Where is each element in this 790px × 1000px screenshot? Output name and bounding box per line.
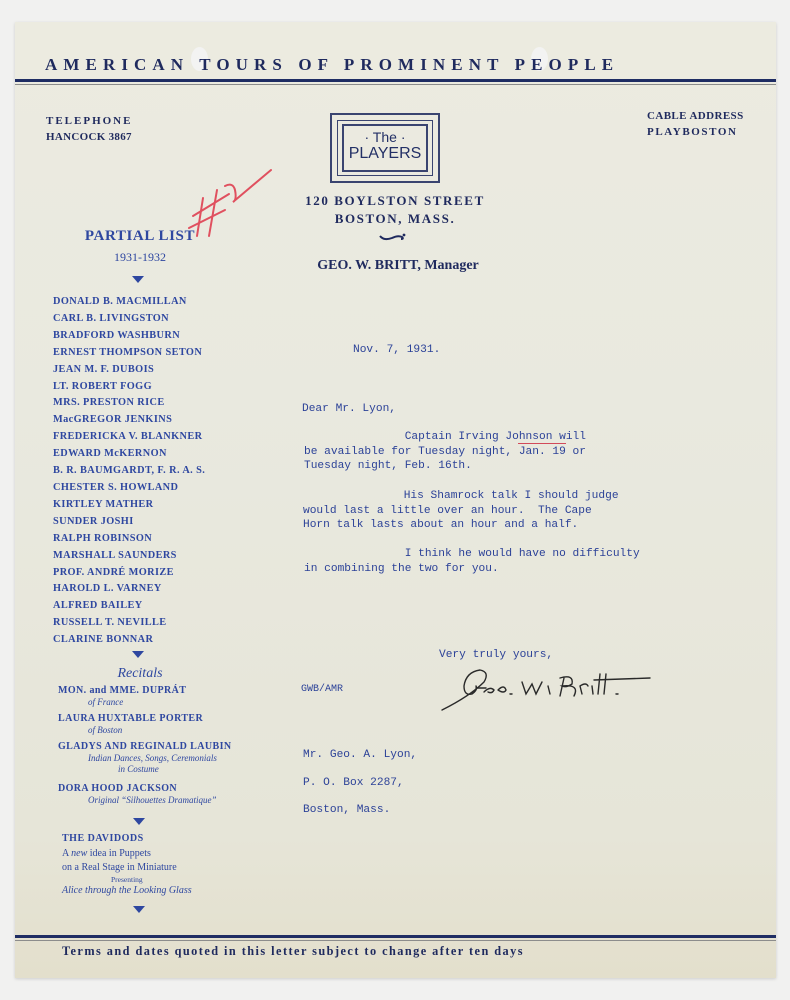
davidods-block: THE DAVIDODS A new idea in Puppets on a … <box>62 832 192 897</box>
speaker-list-item: MARSHALL SAUNDERS <box>53 548 205 565</box>
telephone-label: TELEPHONE <box>46 113 132 129</box>
davidods-line4: Alice through the Looking Glass <box>62 884 192 897</box>
recipient-box: P. O. Box 2287, <box>303 776 404 791</box>
players-logo: · The · PLAYERS <box>330 113 440 183</box>
header-thin-rule <box>15 84 776 85</box>
speaker-list-item: RUSSELL T. NEVILLE <box>53 615 205 632</box>
speaker-list-item: EDWARD McKERNON <box>53 446 205 463</box>
speaker-list-item: JEAN M. F. DUBOIS <box>53 362 205 379</box>
letter-salutation: Dear Mr. Lyon, <box>302 402 396 417</box>
davidods-line1: A new idea in Puppets <box>62 846 192 861</box>
speaker-list: DONALD B. MACMILLANCARL B. LIVINGSTONBRA… <box>53 294 205 649</box>
triangle-divider-icon <box>132 651 144 658</box>
cable-block: CABLE ADDRESS PLAYBOSTON <box>647 108 744 140</box>
footer-thin-rule <box>15 940 776 941</box>
recital-entry: LAURA HUXTABLE PORTERof Boston <box>58 712 203 736</box>
logo-players: PLAYERS <box>344 145 426 162</box>
cable-value: PLAYBOSTON <box>647 124 744 140</box>
telephone-value: HANCOCK 3867 <box>46 129 132 145</box>
speaker-list-item: B. R. BAUMGARDT, F. R. A. S. <box>53 463 205 480</box>
footer-rule <box>15 935 776 938</box>
speaker-list-item: PROF. ANDRÉ MORIZE <box>53 565 205 582</box>
partial-list-title: PARTIAL LIST <box>55 228 225 245</box>
manager-name: GEO. W. BRITT, Manager <box>288 258 508 274</box>
speaker-list-item: CLARINE BONNAR <box>53 632 205 649</box>
davidods-line3: Presenting <box>62 875 192 884</box>
header-rule <box>15 79 776 82</box>
speaker-list-item: CHESTER S. HOWLAND <box>53 480 205 497</box>
recipient-name: Mr. Geo. A. Lyon, <box>303 748 417 763</box>
cable-label: CABLE ADDRESS <box>647 108 744 124</box>
triangle-divider-icon <box>133 818 145 825</box>
letter-paragraph-2: His Shamrock talk I should judge would l… <box>303 489 619 533</box>
recital-entry: DORA HOOD JACKSONOriginal “Silhouettes D… <box>58 782 217 806</box>
telephone-block: TELEPHONE HANCOCK 3867 <box>46 113 132 145</box>
recitals-heading: Recitals <box>55 666 225 682</box>
speaker-list-item: ERNEST THOMPSON SETON <box>53 345 205 362</box>
davidods-line1-pre: A <box>62 848 71 859</box>
recital-name: GLADYS AND REGINALD LAUBIN <box>58 740 231 753</box>
red-underline-mark <box>518 443 566 444</box>
speaker-list-item: HAROLD L. VARNEY <box>53 581 205 598</box>
speaker-list-item: MacGREGOR JENKINS <box>53 412 205 429</box>
recital-name: MON. and MME. DUPRÁT <box>58 684 186 697</box>
recital-name: LAURA HUXTABLE PORTER <box>58 712 203 725</box>
letter-paragraph-1: Captain Irving Johnson will be available… <box>304 430 586 474</box>
davidods-line1-post: idea in Puppets <box>87 848 151 859</box>
letter-date: Nov. 7, 1931. <box>353 343 440 358</box>
address-street: 120 BOYLSTON STREET <box>285 193 505 209</box>
davidods-line1-emphasis: new <box>71 848 87 859</box>
speaker-list-item: LT. ROBERT FOGG <box>53 379 205 396</box>
speaker-list-item: SUNDER JOSHI <box>53 514 205 531</box>
recital-entry: GLADYS AND REGINALD LAUBINIndian Dances,… <box>58 740 231 775</box>
letter-paragraph-3: I think he would have no difficulty in c… <box>304 547 640 576</box>
typist-initials: GWB/AMR <box>301 683 343 698</box>
recital-subtitle: in Costume <box>58 764 231 775</box>
triangle-divider-icon <box>132 276 144 283</box>
terms-footer: Terms and dates quoted in this letter su… <box>62 944 742 959</box>
davidods-name: THE DAVIDODS <box>62 832 192 846</box>
recital-subtitle: Indian Dances, Songs, Ceremonials <box>58 753 231 764</box>
logo-the: · The · <box>344 130 426 145</box>
signature-graphic <box>440 660 660 715</box>
speaker-list-item: DONALD B. MACMILLAN <box>53 294 205 311</box>
recital-subtitle: Original “Silhouettes Dramatique” <box>58 795 217 806</box>
partial-list-years: 1931-1932 <box>55 250 225 265</box>
davidods-line2: on a Real Stage in Miniature <box>62 861 192 875</box>
speaker-list-item: ALFRED BAILEY <box>53 598 205 615</box>
triangle-divider-icon <box>133 906 145 913</box>
recipient-city: Boston, Mass. <box>303 803 390 818</box>
recital-subtitle: of Boston <box>58 725 203 736</box>
recital-name: DORA HOOD JACKSON <box>58 782 217 795</box>
speaker-list-item: CARL B. LIVINGSTON <box>53 311 205 328</box>
recital-entry: MON. and MME. DUPRÁTof France <box>58 684 186 708</box>
swash-ornament-icon <box>378 232 408 242</box>
address-city: BOSTON, MASS. <box>285 211 505 227</box>
recital-subtitle: of France <box>58 697 186 708</box>
speaker-list-item: BRADFORD WASHBURN <box>53 328 205 345</box>
logo-panel: · The · PLAYERS <box>342 124 428 172</box>
speaker-list-item: FREDERICKA V. BLANKNER <box>53 429 205 446</box>
speaker-list-item: MRS. PRESTON RICE <box>53 395 205 412</box>
speaker-list-item: RALPH ROBINSON <box>53 531 205 548</box>
letterhead-banner: AMERICAN TOURS OF PROMINENT PEOPLE <box>45 55 745 75</box>
speaker-list-item: KIRTLEY MATHER <box>53 497 205 514</box>
